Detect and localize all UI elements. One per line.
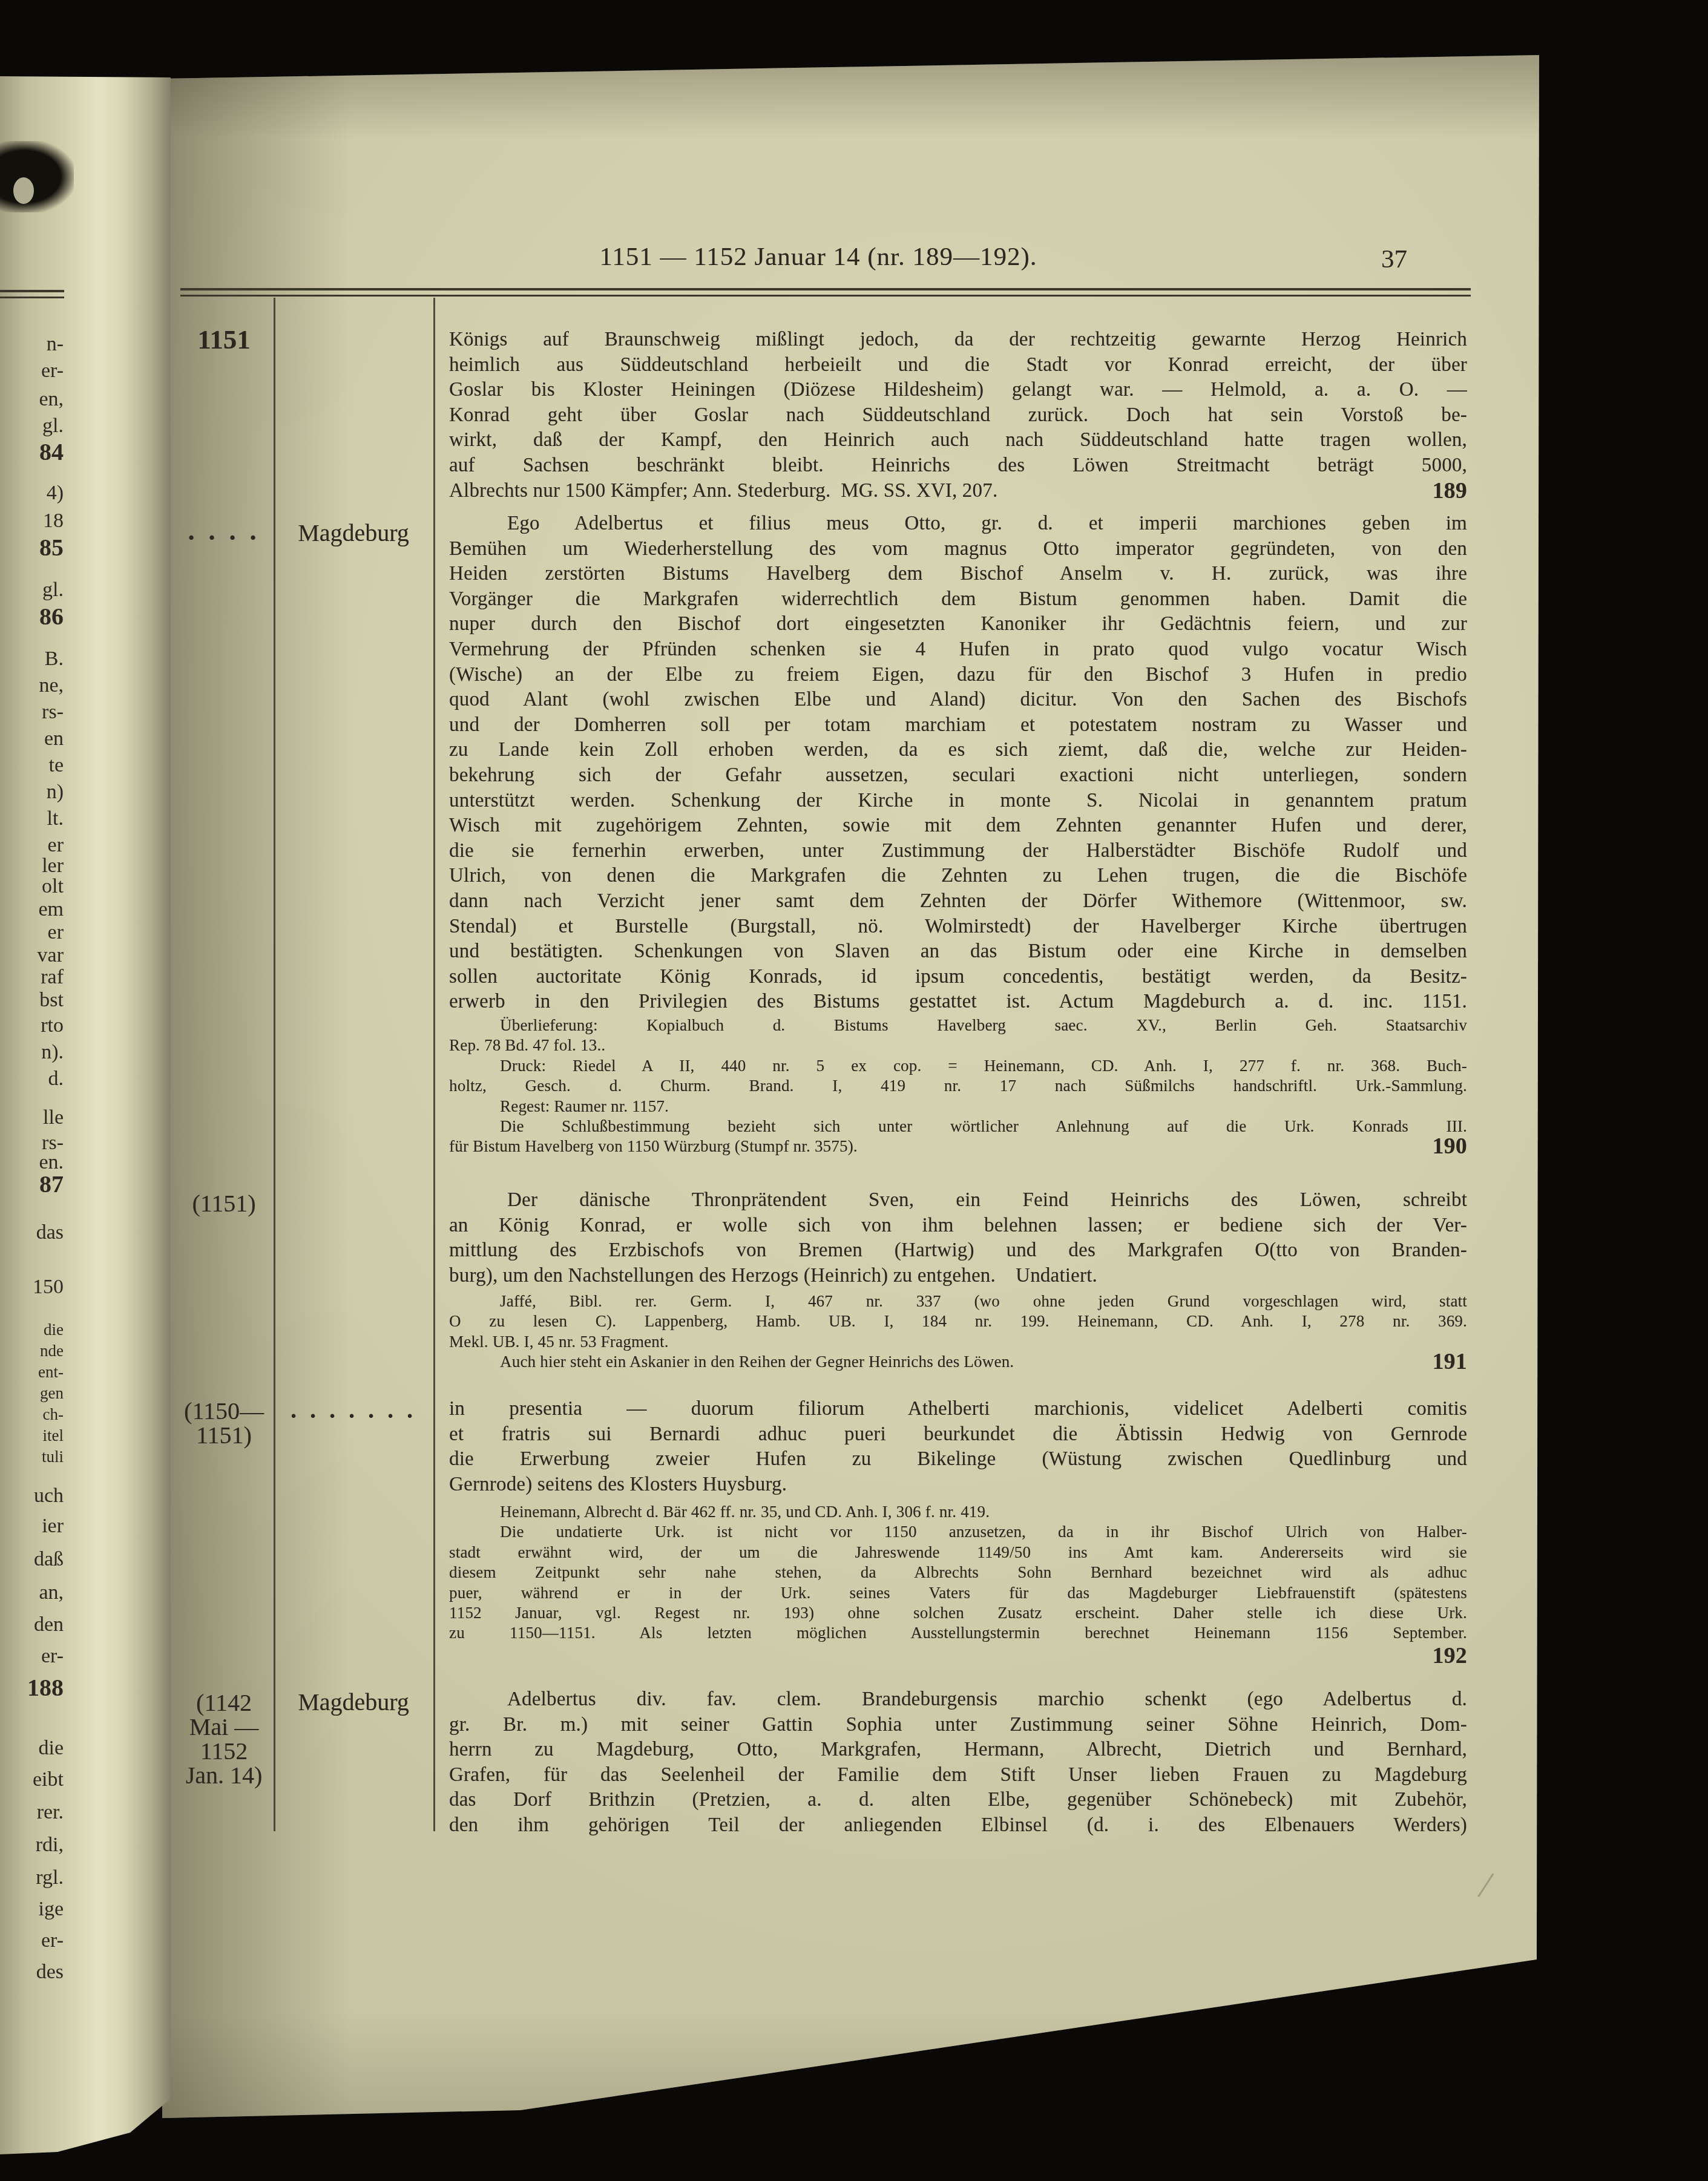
prev-page-fragment: nde bbox=[40, 1340, 64, 1361]
text-line: zu Lande kein Zoll erhoben werden, da es… bbox=[449, 738, 1467, 763]
text-line: Vorgänger die Markgrafen widerrechtlich … bbox=[449, 587, 1467, 612]
text-line: Stendal) et Burstelle (Burgstall, nö. Wo… bbox=[449, 914, 1467, 940]
text-line-content: sollen auctoritate König Konrads, id ips… bbox=[449, 966, 1467, 988]
text-line-content: O zu lesen C). Lappenberg, Hamb. UB. I, … bbox=[449, 1312, 1467, 1330]
text-line-content: an König Konrad, er wolle sich von ihm b… bbox=[449, 1215, 1467, 1236]
text-line: herrn zu Magdeburg, Otto, Markgrafen, He… bbox=[449, 1737, 1467, 1763]
prev-page-fragment: 87 bbox=[39, 1174, 64, 1195]
text-line-content: die sie fernerhin erwerben, unter Zustim… bbox=[449, 840, 1467, 862]
text-line: erwerb in den Privilegien des Bistums ge… bbox=[449, 989, 1467, 1015]
text-line-content: Der dänische Thronprätendent Sven, ein F… bbox=[507, 1189, 1467, 1211]
page-sheet: 1151 — 1152 Januar 14 (nr. 189—192). 37 … bbox=[0, 0, 1708, 2181]
text-line-content: quod Alant (wohl zwischen Elbe und Aland… bbox=[449, 689, 1467, 710]
prev-page-fragment: 18 bbox=[43, 511, 64, 531]
text-line: dann nach Verzicht jener samt dem Zehnte… bbox=[449, 889, 1467, 914]
prev-page-fragment: 86 bbox=[39, 606, 64, 627]
text-line-content: nuper durch den Bischof dort eingesetzte… bbox=[449, 613, 1467, 635]
margin-date-line: Mai — bbox=[174, 1715, 274, 1739]
prev-page-fragment: lt. bbox=[47, 808, 64, 829]
entry-193-body: Adelbertus div. fav. clem. Brandeburgens… bbox=[449, 1687, 1467, 1838]
text-line: den ihm gehörigen Teil der anliegenden E… bbox=[449, 1813, 1467, 1838]
text-line-content: Heiden zerstörten Bistums Havelberg dem … bbox=[449, 563, 1467, 585]
text-line: Ulrich, von denen die Markgrafen die Zeh… bbox=[449, 864, 1467, 889]
text-line: Jaffé, Bibl. rer. Germ. I, 467 nr. 337 (… bbox=[449, 1291, 1467, 1311]
prev-page-fragment: en bbox=[44, 729, 64, 749]
margin-date-line: (1151) bbox=[174, 1192, 274, 1216]
entry-192-body: in presentia — duorum filiorum Athelbert… bbox=[449, 1397, 1467, 1497]
entry-191-body: Der dänische Thronprätendent Sven, ein F… bbox=[449, 1188, 1467, 1288]
text-line-content: Goslar bis Kloster Heiningen (Diözese Hi… bbox=[449, 379, 1467, 401]
margin-date-line: (1142 bbox=[174, 1691, 274, 1715]
text-line-content: auf Sachsen beschränkt bleibt. Heinrichs… bbox=[449, 454, 1467, 476]
previous-page-edge: n-er-en,gl.844)1885gl.86B.ne,rs-enten)lt… bbox=[0, 0, 171, 2181]
prev-page-fragment: 150 bbox=[33, 1277, 64, 1297]
text-line-content: Wisch mit zugehörigem Zehnten, sowie mit… bbox=[449, 815, 1467, 836]
text-line-content: Ulrich, von denen die Markgrafen die Zeh… bbox=[449, 865, 1467, 887]
prev-page-fragment: var bbox=[38, 945, 64, 966]
text-line: in presentia — duorum filiorum Athelbert… bbox=[449, 1397, 1467, 1422]
previous-page-header-rule-2 bbox=[0, 297, 64, 298]
text-line: Die undatierte Urk. ist nicht vor 1150 a… bbox=[449, 1522, 1467, 1542]
text-line-content: für Bistum Havelberg von 1150 Würzburg (… bbox=[449, 1137, 858, 1155]
page-number: 37 bbox=[1381, 244, 1407, 274]
text-line: und bestätigten. Schenkungen von Slaven … bbox=[449, 939, 1467, 965]
margin-date-line: Jan. 14) bbox=[174, 1763, 274, 1788]
text-line-content: und der Domherren soll per totam marchia… bbox=[449, 714, 1467, 736]
text-line-content: Stendal) et Burstelle (Burgstall, nö. Wo… bbox=[449, 916, 1467, 937]
prev-page-fragment: die bbox=[38, 1738, 64, 1759]
prev-page-fragment: er bbox=[48, 835, 64, 856]
previous-page-header-rule bbox=[0, 290, 64, 292]
prev-page-fragment: te bbox=[48, 755, 64, 776]
text-line-content: Die Schlußbestimmung bezieht sich unter … bbox=[500, 1117, 1467, 1135]
prev-page-fragment: tuli bbox=[42, 1446, 64, 1467]
text-line-content: bekehrung sich der Gefahr aussetzen, sec… bbox=[449, 764, 1467, 786]
text-line-content: Bemühen um Wiederherstellung des vom mag… bbox=[449, 538, 1467, 560]
text-line-content: Grafen, für das Seelenheil der Familie d… bbox=[449, 1764, 1467, 1786]
prev-page-fragment: ier bbox=[42, 1516, 64, 1537]
prev-page-fragment: er- bbox=[41, 361, 64, 381]
page-header-title: 1151 — 1152 Januar 14 (nr. 189—192). bbox=[449, 243, 1187, 271]
entry-190-body: Ego Adelbertus et filius meus Otto, gr. … bbox=[449, 511, 1467, 1015]
text-line-content: die Erwerbung zweier Hufen zu Bikelinge … bbox=[449, 1448, 1467, 1470]
prev-page-fragment: daß bbox=[34, 1549, 64, 1570]
prev-page-fragment: rto bbox=[41, 1015, 64, 1036]
prev-page-fragment: eibt bbox=[33, 1769, 64, 1790]
prev-page-fragment: gen bbox=[40, 1383, 64, 1403]
text-line-content: holtz, Gesch. d. Churm. Brand. I, 419 nr… bbox=[449, 1077, 1467, 1095]
text-line-content: Rep. 78 Bd. 47 fol. 13.. bbox=[449, 1036, 605, 1054]
text-line-content: den ihm gehörigen Teil der anliegenden E… bbox=[449, 1814, 1467, 1836]
prev-page-fragment: n) bbox=[47, 782, 64, 802]
text-line-content: Die undatierte Urk. ist nicht vor 1150 a… bbox=[500, 1523, 1467, 1541]
text-line-content: diesem Zeitpunkt sehr nahe stehen, da Al… bbox=[449, 1563, 1467, 1581]
prev-page-fragment: rgl. bbox=[36, 1868, 64, 1888]
header-rule-top bbox=[180, 288, 1471, 290]
column-rule-right bbox=[433, 298, 435, 1831]
text-line: unterstützt werden. Schenkung der Kirche… bbox=[449, 789, 1467, 814]
text-line: Die Schlußbestimmung bezieht sich unter … bbox=[449, 1117, 1467, 1136]
text-line: 192 bbox=[449, 1644, 1467, 1668]
text-line: Der dänische Thronprätendent Sven, ein F… bbox=[449, 1188, 1467, 1213]
prev-page-fragment: 4) bbox=[47, 483, 64, 503]
prev-page-fragment: raf bbox=[41, 967, 64, 988]
text-line: Königs auf Braunschweig mißlingt jedoch,… bbox=[449, 327, 1467, 353]
text-line: Mekl. UB. I, 45 nr. 53 Fragment. bbox=[449, 1332, 1467, 1352]
text-line: et fratris sui Bernardi adhuc pueri beur… bbox=[449, 1422, 1467, 1448]
text-line-content: Albrechts nur 1500 Kämpfer; Ann. Stederb… bbox=[449, 480, 997, 502]
prev-page-fragment: ent- bbox=[38, 1362, 64, 1382]
margin-date-192: (1150—1151) bbox=[174, 1399, 274, 1448]
place-dots-192: . . . . . . . bbox=[274, 1398, 433, 1422]
text-line: sollen auctoritate König Konrads, id ips… bbox=[449, 965, 1467, 990]
text-line: 191Auch hier steht ein Askanier in den R… bbox=[449, 1352, 1467, 1372]
prev-page-fragment: d. bbox=[48, 1069, 64, 1089]
text-line-content: Jaffé, Bibl. rer. Germ. I, 467 nr. 337 (… bbox=[500, 1292, 1467, 1310]
text-line-content: Überlieferung: Kopialbuch d. Bistums Hav… bbox=[500, 1016, 1467, 1034]
text-line: und der Domherren soll per totam marchia… bbox=[449, 713, 1467, 738]
text-line-content: Regest: Raumer nr. 1157. bbox=[500, 1097, 669, 1115]
text-line-content: herrn zu Magdeburg, Otto, Markgrafen, He… bbox=[449, 1739, 1467, 1760]
text-line: mittlung des Erzbischofs von Bremen (Har… bbox=[449, 1238, 1467, 1264]
text-line: Regest: Raumer nr. 1157. bbox=[449, 1097, 1467, 1117]
prev-page-fragment: ige bbox=[38, 1899, 64, 1920]
text-line-content: Vorgänger die Markgrafen widerrechtlich … bbox=[449, 588, 1467, 610]
prev-page-fragment: 85 bbox=[39, 537, 64, 558]
text-line-content: dann nach Verzicht jener samt dem Zehnte… bbox=[449, 890, 1467, 912]
text-line-content: 1152 Januar, vgl. Regest nr. 193) ohne s… bbox=[449, 1604, 1467, 1622]
text-line: Vermehrung der Pfründen schenken sie 4 H… bbox=[449, 637, 1467, 663]
text-line-content: puer, während er in der Urk. seines Vate… bbox=[449, 1584, 1467, 1602]
text-line: Bemühen um Wiederherstellung des vom mag… bbox=[449, 537, 1467, 562]
text-line: wirkt, daß der Kampf, den Heinrich auch … bbox=[449, 428, 1467, 453]
text-line-content: heimlich aus Süddeutschland herbeieilt u… bbox=[449, 354, 1467, 376]
spine-highlight-speck bbox=[13, 177, 34, 204]
prev-page-fragment: n- bbox=[47, 334, 64, 355]
prev-page-fragment: B. bbox=[45, 649, 64, 669]
text-line-content: Gernrode) seitens des Klosters Huysburg. bbox=[449, 1474, 787, 1495]
text-line: an König Konrad, er wolle sich von ihm b… bbox=[449, 1213, 1467, 1239]
text-line-content: Adelbertus div. fav. clem. Brandeburgens… bbox=[507, 1688, 1467, 1710]
margin-date-line: 1151) bbox=[174, 1423, 274, 1448]
spine-shadow-blob bbox=[0, 141, 74, 212]
prev-page-fragment: bst bbox=[39, 990, 64, 1011]
text-line-content: et fratris sui Bernardi adhuc pueri beur… bbox=[449, 1423, 1467, 1445]
prev-page-fragment: an, bbox=[39, 1582, 64, 1603]
text-line: Goslar bis Kloster Heiningen (Diözese Hi… bbox=[449, 378, 1467, 403]
place-name-190: Magdeburg bbox=[274, 521, 433, 545]
text-line: das Dorf Brithzin (Pretzien, a. d. alten… bbox=[449, 1788, 1467, 1813]
entry-number-191: 191 bbox=[1432, 1352, 1467, 1372]
text-line: holtz, Gesch. d. Churm. Brand. I, 419 nr… bbox=[449, 1076, 1467, 1096]
entry-191-small: Jaffé, Bibl. rer. Germ. I, 467 nr. 337 (… bbox=[449, 1291, 1467, 1373]
prev-page-fragment: das bbox=[36, 1222, 64, 1243]
text-line-content: zu Lande kein Zoll erhoben werden, da es… bbox=[449, 739, 1467, 761]
text-line: Rep. 78 Bd. 47 fol. 13.. bbox=[449, 1035, 1467, 1055]
text-line: auf Sachsen beschränkt bleibt. Heinrichs… bbox=[449, 453, 1467, 479]
text-line: 190für Bistum Havelberg von 1150 Würzbur… bbox=[449, 1136, 1467, 1156]
text-line: die sie fernerhin erwerben, unter Zustim… bbox=[449, 839, 1467, 864]
scanned-book-page: 1151 — 1152 Januar 14 (nr. 189—192). 37 … bbox=[0, 0, 1708, 2181]
margin-date-191: (1151) bbox=[174, 1192, 274, 1216]
text-line: stadt erwähnt wird, der um die Jahreswen… bbox=[449, 1543, 1467, 1563]
prev-page-fragment: en. bbox=[39, 1152, 64, 1173]
prev-page-fragment: em bbox=[38, 899, 64, 920]
entry-189-body: Königs auf Braunschweig mißlingt jedoch,… bbox=[449, 327, 1467, 503]
text-line-content: wirkt, daß der Kampf, den Heinrich auch … bbox=[449, 429, 1467, 451]
prev-page-fragment: olt bbox=[42, 876, 64, 897]
text-line-content: zu 1150—1151. Als letzten möglichen Auss… bbox=[449, 1624, 1467, 1642]
prev-page-fragment: rer. bbox=[37, 1802, 64, 1823]
entry-192-small: Heinemann, Albrecht d. Bär 462 ff. nr. 3… bbox=[449, 1502, 1467, 1668]
text-line-content: gr. Br. m.) mit seiner Gattin Sophia unt… bbox=[449, 1714, 1467, 1736]
prev-page-fragment: ne, bbox=[39, 675, 64, 696]
text-line: (Wische) an der Elbe zu freiem Eigen, da… bbox=[449, 663, 1467, 688]
text-line-content: erwerb in den Privilegien des Bistums ge… bbox=[449, 991, 1467, 1012]
text-line: Druck: Riedel A II, 440 nr. 5 ex cop. = … bbox=[449, 1056, 1467, 1076]
text-line-content: Auch hier steht ein Askanier in den Reih… bbox=[500, 1353, 1014, 1371]
prev-page-fragment: den bbox=[34, 1615, 64, 1635]
text-line: Konrad geht über Goslar nach Süddeutschl… bbox=[449, 403, 1467, 428]
prev-page-fragment: 84 bbox=[39, 442, 64, 462]
text-line-content: Druck: Riedel A II, 440 nr. 5 ex cop. = … bbox=[500, 1057, 1467, 1075]
prev-page-fragment: uch bbox=[34, 1486, 64, 1506]
text-line: diesem Zeitpunkt sehr nahe stehen, da Al… bbox=[449, 1563, 1467, 1582]
header-rule-bottom bbox=[180, 295, 1471, 297]
text-line-content: Konrad geht über Goslar nach Süddeutschl… bbox=[449, 404, 1467, 426]
prev-page-fragment: n). bbox=[41, 1042, 64, 1063]
text-line: Wisch mit zugehörigem Zehnten, sowie mit… bbox=[449, 813, 1467, 839]
margin-date-line: 1152 bbox=[174, 1739, 274, 1763]
text-line: Grafen, für das Seelenheil der Familie d… bbox=[449, 1763, 1467, 1788]
prev-page-fragment: die bbox=[44, 1319, 64, 1340]
prev-page-fragment: rdi, bbox=[36, 1835, 64, 1855]
text-line: Überlieferung: Kopialbuch d. Bistums Hav… bbox=[449, 1015, 1467, 1035]
text-line-content: (Wische) an der Elbe zu freiem Eigen, da… bbox=[449, 664, 1467, 686]
prev-page-fragment: des bbox=[36, 1962, 64, 1983]
text-line: gr. Br. m.) mit seiner Gattin Sophia unt… bbox=[449, 1713, 1467, 1738]
text-line: nuper durch den Bischof dort eingesetzte… bbox=[449, 612, 1467, 637]
text-line-content: in presentia — duorum filiorum Athelbert… bbox=[449, 1398, 1467, 1420]
text-line-content: Heinemann, Albrecht d. Bär 462 ff. nr. 3… bbox=[500, 1503, 990, 1521]
entry-number-189: 189 bbox=[1432, 479, 1467, 504]
margin-date-193: (1142Mai —1152Jan. 14) bbox=[174, 1691, 274, 1788]
text-line-content: und bestätigten. Schenkungen von Slaven … bbox=[449, 940, 1467, 962]
prev-page-fragment: itel bbox=[43, 1425, 64, 1446]
text-line-content: Vermehrung der Pfründen schenken sie 4 H… bbox=[449, 638, 1467, 660]
margin-date-line: (1150— bbox=[174, 1399, 274, 1423]
text-line-content: mittlung des Erzbischofs von Bremen (Har… bbox=[449, 1239, 1467, 1261]
prev-page-fragment: er bbox=[48, 922, 64, 943]
entry-number-190: 190 bbox=[1432, 1136, 1467, 1156]
prev-page-fragment: gl. bbox=[42, 580, 64, 600]
text-line: Ego Adelbertus et filius meus Otto, gr. … bbox=[449, 511, 1467, 537]
text-line: zu 1150—1151. Als letzten möglichen Auss… bbox=[449, 1623, 1467, 1643]
text-line: quod Alant (wohl zwischen Elbe und Aland… bbox=[449, 687, 1467, 713]
margin-date-dots-190: . . . . bbox=[174, 519, 274, 543]
text-line-content: unterstützt werden. Schenkung der Kirche… bbox=[449, 790, 1467, 812]
text-line: burg), um den Nachstellungen des Herzogs… bbox=[449, 1264, 1467, 1289]
prev-page-fragment: en, bbox=[39, 389, 64, 410]
text-line: 1152 Januar, vgl. Regest nr. 193) ohne s… bbox=[449, 1603, 1467, 1623]
text-line: die Erwerbung zweier Hufen zu Bikelinge … bbox=[449, 1447, 1467, 1472]
text-line: Gernrode) seitens des Klosters Huysburg. bbox=[449, 1472, 1467, 1498]
margin-date-line: 1151 bbox=[174, 327, 274, 352]
text-line-content: Königs auf Braunschweig mißlingt jedoch,… bbox=[449, 329, 1467, 350]
text-line-content: Ego Adelbertus et filius meus Otto, gr. … bbox=[507, 513, 1467, 534]
prev-page-fragment: 188 bbox=[27, 1678, 64, 1698]
text-line: bekehrung sich der Gefahr aussetzen, sec… bbox=[449, 763, 1467, 789]
text-line: O zu lesen C). Lappenberg, Hamb. UB. I, … bbox=[449, 1311, 1467, 1331]
text-line: Heiden zerstörten Bistums Havelberg dem … bbox=[449, 562, 1467, 587]
prev-page-fragment: ler bbox=[42, 856, 64, 876]
prev-page-fragment: er- bbox=[41, 1930, 64, 1951]
text-line: heimlich aus Süddeutschland herbeieilt u… bbox=[449, 353, 1467, 378]
text-line: Adelbertus div. fav. clem. Brandeburgens… bbox=[449, 1687, 1467, 1713]
text-line-content: das Dorf Brithzin (Pretzien, a. d. alten… bbox=[449, 1789, 1467, 1811]
prev-page-fragment: er- bbox=[41, 1646, 64, 1667]
text-line: 189Albrechts nur 1500 Kämpfer; Ann. Sted… bbox=[449, 479, 1467, 504]
prev-page-fragment: gl. bbox=[42, 416, 64, 436]
prev-page-fragment: lle bbox=[43, 1107, 64, 1128]
margin-date-189: 1151 bbox=[174, 327, 274, 352]
text-line: puer, während er in der Urk. seines Vate… bbox=[449, 1583, 1467, 1603]
text-line: Heinemann, Albrecht d. Bär 462 ff. nr. 3… bbox=[449, 1502, 1467, 1522]
pencil-mark: / bbox=[1475, 1862, 1496, 1908]
text-line-content: stadt erwähnt wird, der um die Jahreswen… bbox=[449, 1543, 1467, 1561]
entry-number-192: 192 bbox=[1432, 1643, 1467, 1668]
prev-page-fragment: rs- bbox=[42, 702, 64, 723]
text-line-content: burg), um den Nachstellungen des Herzogs… bbox=[449, 1265, 1097, 1287]
place-name-193: Magdeburg bbox=[274, 1690, 433, 1714]
prev-page-fragment: ch- bbox=[43, 1404, 64, 1425]
entry-190-small: Überlieferung: Kopialbuch d. Bistums Hav… bbox=[449, 1015, 1467, 1157]
prev-page-fragment: rs- bbox=[42, 1133, 64, 1153]
text-line-content: Mekl. UB. I, 45 nr. 53 Fragment. bbox=[449, 1333, 669, 1351]
